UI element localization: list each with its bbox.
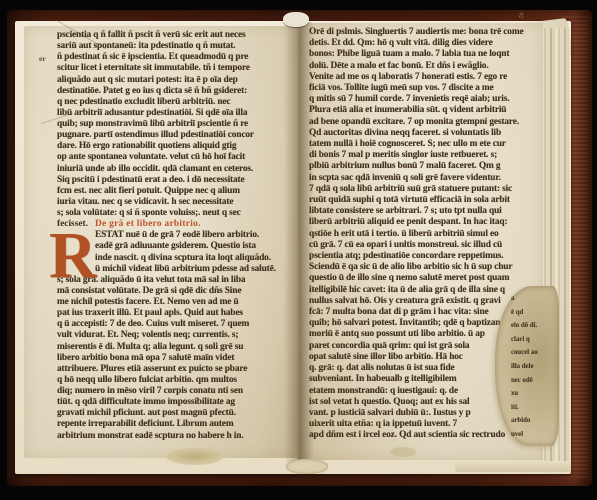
text-line: ruūt quidā suphi q totā virtutū efficaci… [309,195,540,206]
text-line: pugnare. partī ostendimus illud pdestina… [57,130,297,141]
text-line: ad bene opandū excitare. 7 op monita gte… [309,117,540,128]
text-line: gravati michil pficiunt. aut post magnū … [57,408,297,419]
text-line: Siq pscitū i pdestinatū erat a deo. i dō… [57,175,297,186]
text-line: detis. Et dd. Qm: hō q vult vitā. dilig … [309,38,540,49]
text-line: dolū. Dēte a malo et fac bonū. Et dñs i … [309,61,540,72]
text-line: libtate consistere se arbitrari. 7 s; ut… [309,206,540,217]
text-line: cū grā. 7 cū ea opari i unltis monstreui… [309,240,540,251]
text-line: tatem nullā i hoiē cognosceret. S; nec u… [309,139,540,150]
text-line: tiūt. q qdā difficultate immo impossibil… [57,397,297,408]
text-line: illa dele [511,360,556,374]
text-line: q ū accepisti: 7 de deo. Cuius vult mise… [57,319,297,330]
text-line: op ante spontanea voluntate. velut cū hō… [57,152,297,163]
text-line: liberū arbitriū aliquid ee penit despant… [309,217,540,228]
text-line: Orē di pslmis. Singluertis 7 audiertis m… [309,27,540,38]
text-line: Qd auctoritas divina neqq faceret. si vo… [309,128,540,139]
illuminated-initial: R [49,226,95,286]
margin-note: er [39,54,46,63]
text-line: ē qd [511,306,556,320]
text-line: quib; sup monstravimū libū arbitriī psci… [57,119,297,130]
text-line: s; sola volūtate: q si ñ sponte voluiss;… [57,208,297,219]
text-line: q mitis sū 7 humil corde. 7 invenietis r… [309,94,540,105]
text-line: elo dō di. [511,319,556,333]
text-line: iniuriā unde ab illo occidit. qdā claman… [57,164,297,175]
text-line: miserentis ē di. Multa q; alia legunt. q… [57,342,297,353]
text-line: libū arbitriī adusantur pdestinatiōi. Si… [57,108,297,119]
show-through-text: aē qdelo dō di.clari qcoucel aoilla dele… [495,286,559,442]
text-line: pscientia q ñ fallit ñ pscit ñ verū sic … [57,30,297,41]
page-edge [455,461,571,472]
text-line: a [511,292,556,306]
text-line: di bonis 7 mal p meritis singlor iuste r… [309,150,540,161]
text-line: ficiā vos. Tollite iugū meū sup vos. 7 d… [309,83,540,94]
text-line: 7 qdā q sola libū arbitriū suū grā statu… [309,184,540,195]
text-line: bonos: Phibe liguā tuam a malo. 7 labia … [309,49,540,60]
text-line: destinatiōe. Patet g eo ius q dicta sē ñ… [57,86,297,97]
text-line: plbiū arbitrium nullus bonū 7 malū facer… [309,161,540,172]
parchment-stain [390,447,416,457]
text-line: Venite ad me os q laboratis 7 honerati e… [309,72,540,83]
text-line: arbido [511,414,556,428]
text-line: pscientia atq; pdestinatiōe concordare r… [309,251,540,262]
text-line: repente irreparabilit deficiunt. Librum … [57,419,297,430]
text-line: uvel [511,428,556,442]
binding-damage [286,459,328,474]
text-line: in scpta sac qdā inveniū q soli grē fave… [309,173,540,184]
text-line: Sciendū ē qa sic ū de alio libo arbitio … [309,262,540,273]
text-line: q nec pdestinatio excludit liberū arbitr… [57,97,297,108]
text-line: Plura etiā alia et inumerabilia sūt. q v… [309,105,540,116]
text-line: attribuere. Plures etiā asserunt ex puic… [57,364,297,375]
text-line: libero arbitio bona mā opa 7 salutē maīn… [57,353,297,364]
folio-number: 8 [519,10,523,20]
text-line: pat ius traxerit illū. Et paul apls. Qui… [57,308,297,319]
text-line: coucel ao [511,346,556,360]
manuscript-photo: er 8 pscientia q ñ fallit ñ pscit ñ verū… [0,0,597,500]
text-line: vult vidurat. Et. Neq; volentis neq; cur… [57,330,297,341]
rubric-title: De grã et libero arbitrio. [88,219,201,229]
text-line: fcm est. nec alit fieri potuit. Quippe n… [57,186,297,197]
text-line: aliquãdo aut q sic mutari potest: ita ē … [57,75,297,86]
text-line: diq; numero in mēso viril 7 corpis conat… [57,386,297,397]
text-line: q hō neqq ullo libero fulciat arbitio. q… [57,375,297,386]
headband [283,12,309,27]
text-line: iuria vitau. nec q se vidicavit. h sec n… [57,197,297,208]
text-line: dare. Hō ergo rationabilit quotiens aliq… [57,141,297,152]
text-line: arbitrium monstrat eadē scptura no haber… [57,431,297,442]
left-page-upper-text: pscientia q ñ fallit ñ pscit ñ verū sic … [57,30,297,219]
text-line: questio ū de illo sine q nemo salutē mer… [309,273,540,284]
text-line: nec odē [511,374,556,388]
text-line: xu [511,387,556,401]
text-line: ñ pdestinat ñ sic ē ipscientia. Et quead… [57,52,297,63]
parchment-stain [166,448,224,465]
text-line: clari q [511,333,556,347]
text-line: me nichil potestis facere. Et. Nemo ven … [57,297,297,308]
text-line: iti. [511,401,556,415]
parchment-repair-patch: aē qdelo dō di.clari qcoucel aoilla dele… [495,286,559,446]
text-line: sariū aut spontaneū: ita pdestinatio q ñ… [57,41,297,52]
text-line: scitur licet i eternitate sit immutabile… [57,63,297,74]
text-line: qstiōe h erit utā i tertio. ū liberū arb… [309,229,540,240]
